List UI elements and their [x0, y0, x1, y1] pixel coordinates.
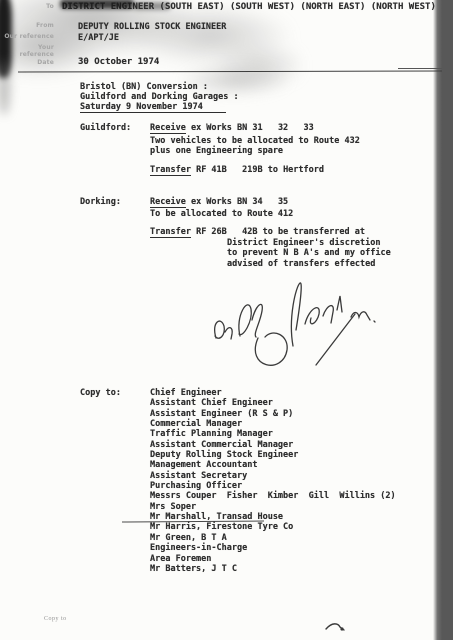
guildford-transfer-line: Transfer RF 41B 219B to Hertford: [150, 165, 324, 175]
scanned-memo-page: To From Our reference Your reference Dat…: [0, 0, 453, 640]
copy-recipient: Area Foremen: [150, 554, 396, 564]
scan-edge-bar: [433, 0, 453, 640]
form-label-copy-to-footer: Copy to: [44, 616, 67, 622]
form-label-our-reference: Our reference: [2, 33, 54, 40]
copy-recipient: Engineers-in-Charge: [150, 543, 396, 553]
copy-recipient: Assistant Chief Engineer: [150, 398, 396, 408]
subject-date-underlined: Saturday 9 November 1974: [80, 102, 226, 113]
guildford-receive-detail: ex Works BN 31 32 33: [186, 123, 314, 133]
form-label-from: From: [2, 22, 54, 29]
guildford-transfer-detail: RF 41B 219B to Hertford: [191, 165, 324, 175]
header-our-reference-value: E/APT/JE: [78, 33, 119, 43]
copy-recipient-list: Chief EngineerAssistant Chief EngineerAs…: [150, 388, 396, 574]
receive-word: Receive: [150, 197, 186, 208]
copy-recipient: Mr Harris, Firestone Tyre Co: [150, 522, 396, 532]
guildford-receive-line: Receive ex Works BN 31 32 33: [150, 123, 314, 133]
ink-smudge: [133, 2, 171, 10]
copy-recipient: Deputy Rolling Stock Engineer: [150, 450, 396, 460]
dorking-transfer-detail: RF 26B 42B to be transferred at: [191, 227, 365, 237]
copy-recipient: Mr Green, B T A: [150, 533, 396, 543]
copy-recipient: Assistant Engineer (R S & P): [150, 409, 396, 419]
form-label-to: To: [2, 3, 54, 10]
subject-line-1: Bristol (BN) Conversion :: [80, 82, 208, 92]
guildford-note-1: Two vehicles to be allocated to Route 43…: [150, 136, 360, 146]
ink-smudge: [60, 0, 134, 9]
dorking-transfer-line: Transfer RF 26B 42B to be transferred at: [150, 227, 365, 237]
copy-recipient: Traffic Planning Manager: [150, 429, 396, 439]
copy-recipient: Assistant Commercial Manager: [150, 440, 396, 450]
subject-line-2: Guildford and Dorking Garages :: [80, 92, 239, 102]
transfer-word: Transfer: [150, 227, 191, 238]
dorking-receive-detail: ex Works BN 34 35: [186, 197, 288, 207]
receive-word: Receive: [150, 123, 186, 134]
copy-recipient: Commercial Manager: [150, 419, 396, 429]
guildford-note-2: plus one Engineering spare: [150, 146, 283, 156]
dorking-label: Dorking:: [80, 197, 121, 207]
dorking-note-1: To be allocated to Route 412: [150, 209, 293, 219]
form-label-your-reference: Your reference: [2, 44, 54, 58]
copy-recipient: Messrs Couper Fisher Kimber Gill Willins…: [150, 491, 396, 501]
transfer-word: Transfer: [150, 165, 191, 176]
dorking-receive-line: Receive ex Works BN 34 35: [150, 197, 288, 207]
copy-recipient: Assistant Secretary: [150, 471, 396, 481]
copy-recipient: Mrs Soper: [150, 502, 396, 512]
copy-recipient: Chief Engineer: [150, 388, 396, 398]
guildford-label: Guildford:: [80, 123, 131, 133]
handwritten-signature: [203, 276, 381, 376]
copy-recipient: Mr Batters, J T C: [150, 564, 396, 574]
dorking-continuation-2: to prevent N B A's and my office: [227, 248, 391, 258]
pen-mark: [324, 621, 348, 634]
header-divider-line-fragment: [398, 68, 442, 69]
header-from-value: DEPUTY ROLLING STOCK ENGINEER: [78, 22, 226, 32]
copy-recipient: Mr Marshall, Transad House: [150, 512, 396, 522]
copy-recipient: Management Accountant: [150, 460, 396, 470]
copy-recipient: Purchasing Officer: [150, 481, 396, 491]
dorking-continuation-1: District Engineer's discretion: [227, 238, 381, 248]
header-date-value: 30 October 1974: [78, 57, 159, 67]
form-label-date: Date: [2, 59, 54, 66]
copy-to-label: Copy to:: [80, 388, 121, 398]
dorking-continuation-3: advised of transfers effected: [227, 259, 375, 269]
